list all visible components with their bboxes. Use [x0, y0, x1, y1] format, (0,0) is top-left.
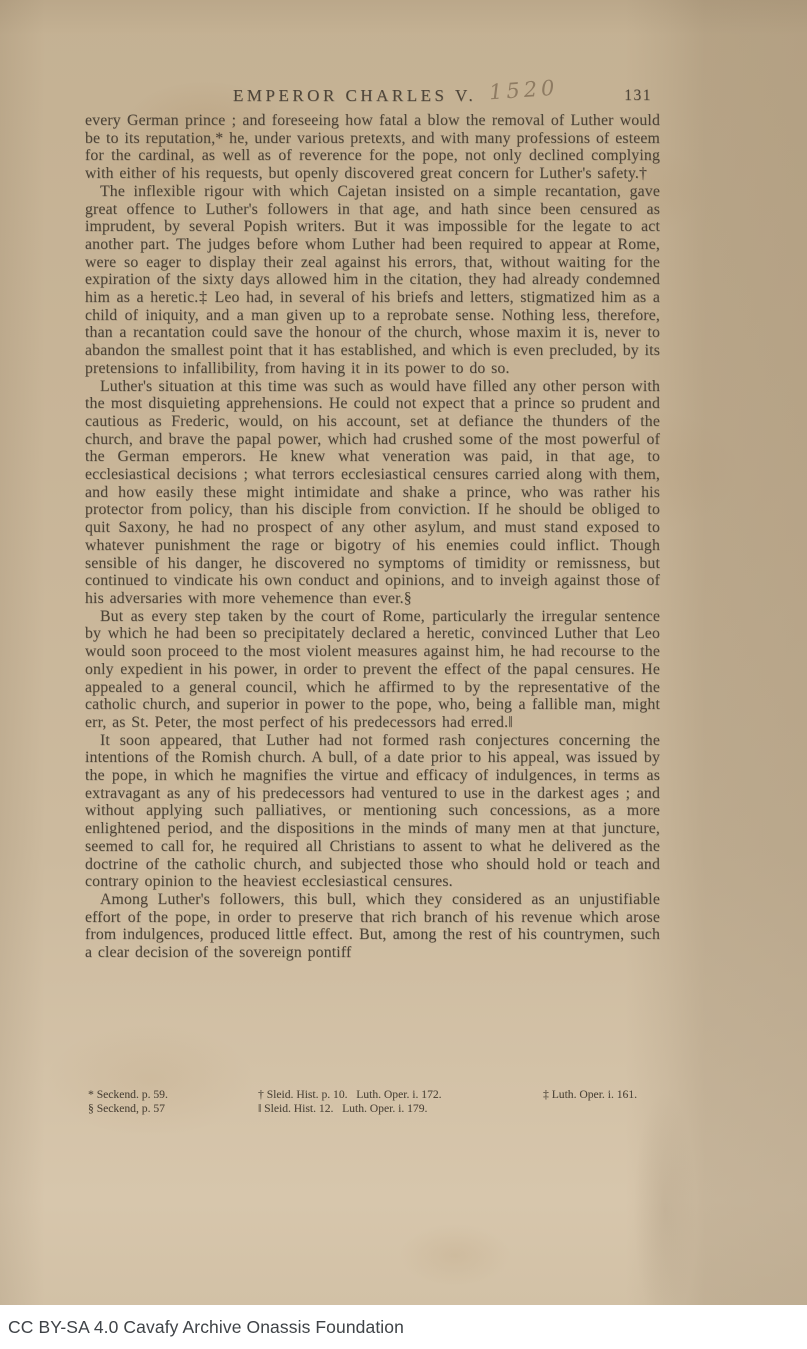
- footnote: § Seckend, p. 57: [88, 1102, 258, 1116]
- license-text: CC BY-SA 4.0 Cavafy Archive Onassis Foun…: [8, 1317, 404, 1338]
- page-body: every German prince ; and foreseeing how…: [85, 112, 660, 962]
- paragraph: But as every step taken by the court of …: [85, 608, 660, 732]
- paragraph: The inflexible rigour with which Cajetan…: [85, 183, 660, 378]
- paragraph: Luther's situation at this time was such…: [85, 378, 660, 608]
- footnotes: * Seckend. p. 59.§ Seckend, p. 57† Sleid…: [88, 1088, 678, 1115]
- footnote-column: ‡ Luth. Oper. i. 161.: [543, 1088, 678, 1115]
- paragraph: every German prince ; and foreseeing how…: [85, 112, 660, 183]
- footnote-column: † Sleid. Hist. p. 10. Luth. Oper. i. 172…: [258, 1088, 543, 1115]
- license-caption-bar: CC BY-SA 4.0 Cavafy Archive Onassis Foun…: [0, 1305, 807, 1349]
- handwritten-year-annotation: 1520: [488, 76, 559, 105]
- footnote: ‖ Sleid. Hist. 12. Luth. Oper. i. 179.: [258, 1102, 543, 1116]
- book-page-scan: EMPEROR CHARLES V. 1520 131 every German…: [0, 0, 807, 1305]
- footnote-column: * Seckend. p. 59.§ Seckend, p. 57: [88, 1088, 258, 1115]
- footnote: * Seckend. p. 59.: [88, 1088, 258, 1102]
- page-number: 131: [612, 87, 652, 105]
- running-title: EMPEROR CHARLES V.: [233, 86, 476, 106]
- paragraph: Among Luther's followers, this bull, whi…: [85, 891, 660, 962]
- footnote: † Sleid. Hist. p. 10. Luth. Oper. i. 172…: [258, 1088, 543, 1102]
- paragraph: It soon appeared, that Luther had not fo…: [85, 732, 660, 891]
- footnote: ‡ Luth. Oper. i. 161.: [543, 1088, 678, 1102]
